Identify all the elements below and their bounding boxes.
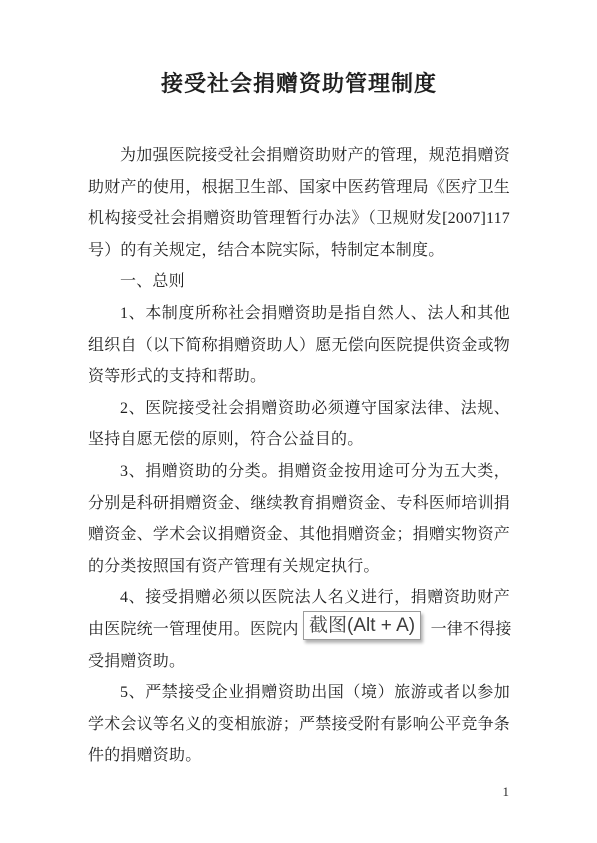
document-line: 赠资金、学术会议捐赠资金、其他捐赠资金；捐赠实物资产 xyxy=(88,519,510,551)
document-line: 件的捐赠资助。 xyxy=(88,740,510,772)
document-body: 为加强医院接受社会捐赠资助财产的管理，规范捐赠资助财产的使用，根据卫生部、国家中… xyxy=(88,140,510,772)
document-line: 机构接受社会捐赠资助管理暂行办法》（卫规财发[2007]117 xyxy=(88,203,510,235)
line-text-after-tooltip: 一律不得接 xyxy=(431,621,512,638)
document-line: 坚持自愿无偿的原则，符合公益目的。 xyxy=(88,424,510,456)
document-title: 接受社会捐赠资助管理制度 xyxy=(88,66,510,102)
document-line: 学术会议等名义的变相旅游；严禁接受附有影响公平竞争条 xyxy=(88,709,510,741)
document-line: 一、总则 xyxy=(88,266,510,298)
page-number: 1 xyxy=(503,784,510,800)
document-line: 受捐赠资助。 xyxy=(88,646,510,678)
document-line: 4、接受捐赠必须以医院法人名义进行，捐赠资助财产 xyxy=(88,582,510,614)
document-line: 分别是科研捐赠资金、继续教育捐赠资金、专科医师培训捐 xyxy=(88,488,510,520)
document-line: 由医院统一管理使用。医院内一律不得接 xyxy=(88,614,510,646)
document-line: 号）的有关规定，结合本院实际，特制定本制度。 xyxy=(88,235,510,267)
document-line: 5、严禁接受企业捐赠资助出国（境）旅游或者以参加 xyxy=(88,677,510,709)
screenshot-tooltip: 截图(Alt + A) xyxy=(303,611,421,640)
document-line: 组织自（以下简称捐赠资助人）愿无偿向医院提供资金或物 xyxy=(88,330,510,362)
document-line: 2、医院接受社会捐赠资助必须遵守国家法律、法规、 xyxy=(88,393,510,425)
document-line: 资等形式的支持和帮助。 xyxy=(88,361,510,393)
line-text-before-tooltip: 由医院统一管理使用。医院内 xyxy=(88,621,299,638)
document-line: 为加强医院接受社会捐赠资助财产的管理，规范捐赠资 xyxy=(88,140,510,172)
document-page: 接受社会捐赠资助管理制度 为加强医院接受社会捐赠资助财产的管理，规范捐赠资助财产… xyxy=(0,0,597,843)
document-line: 的分类按照国有资产管理有关规定执行。 xyxy=(88,551,510,583)
document-line: 1、本制度所称社会捐赠资助是指自然人、法人和其他 xyxy=(88,298,510,330)
document-line: 3、捐赠资助的分类。捐赠资金按用途可分为五大类， xyxy=(88,456,510,488)
document-line: 助财产的使用，根据卫生部、国家中医药管理局《医疗卫生 xyxy=(88,172,510,204)
